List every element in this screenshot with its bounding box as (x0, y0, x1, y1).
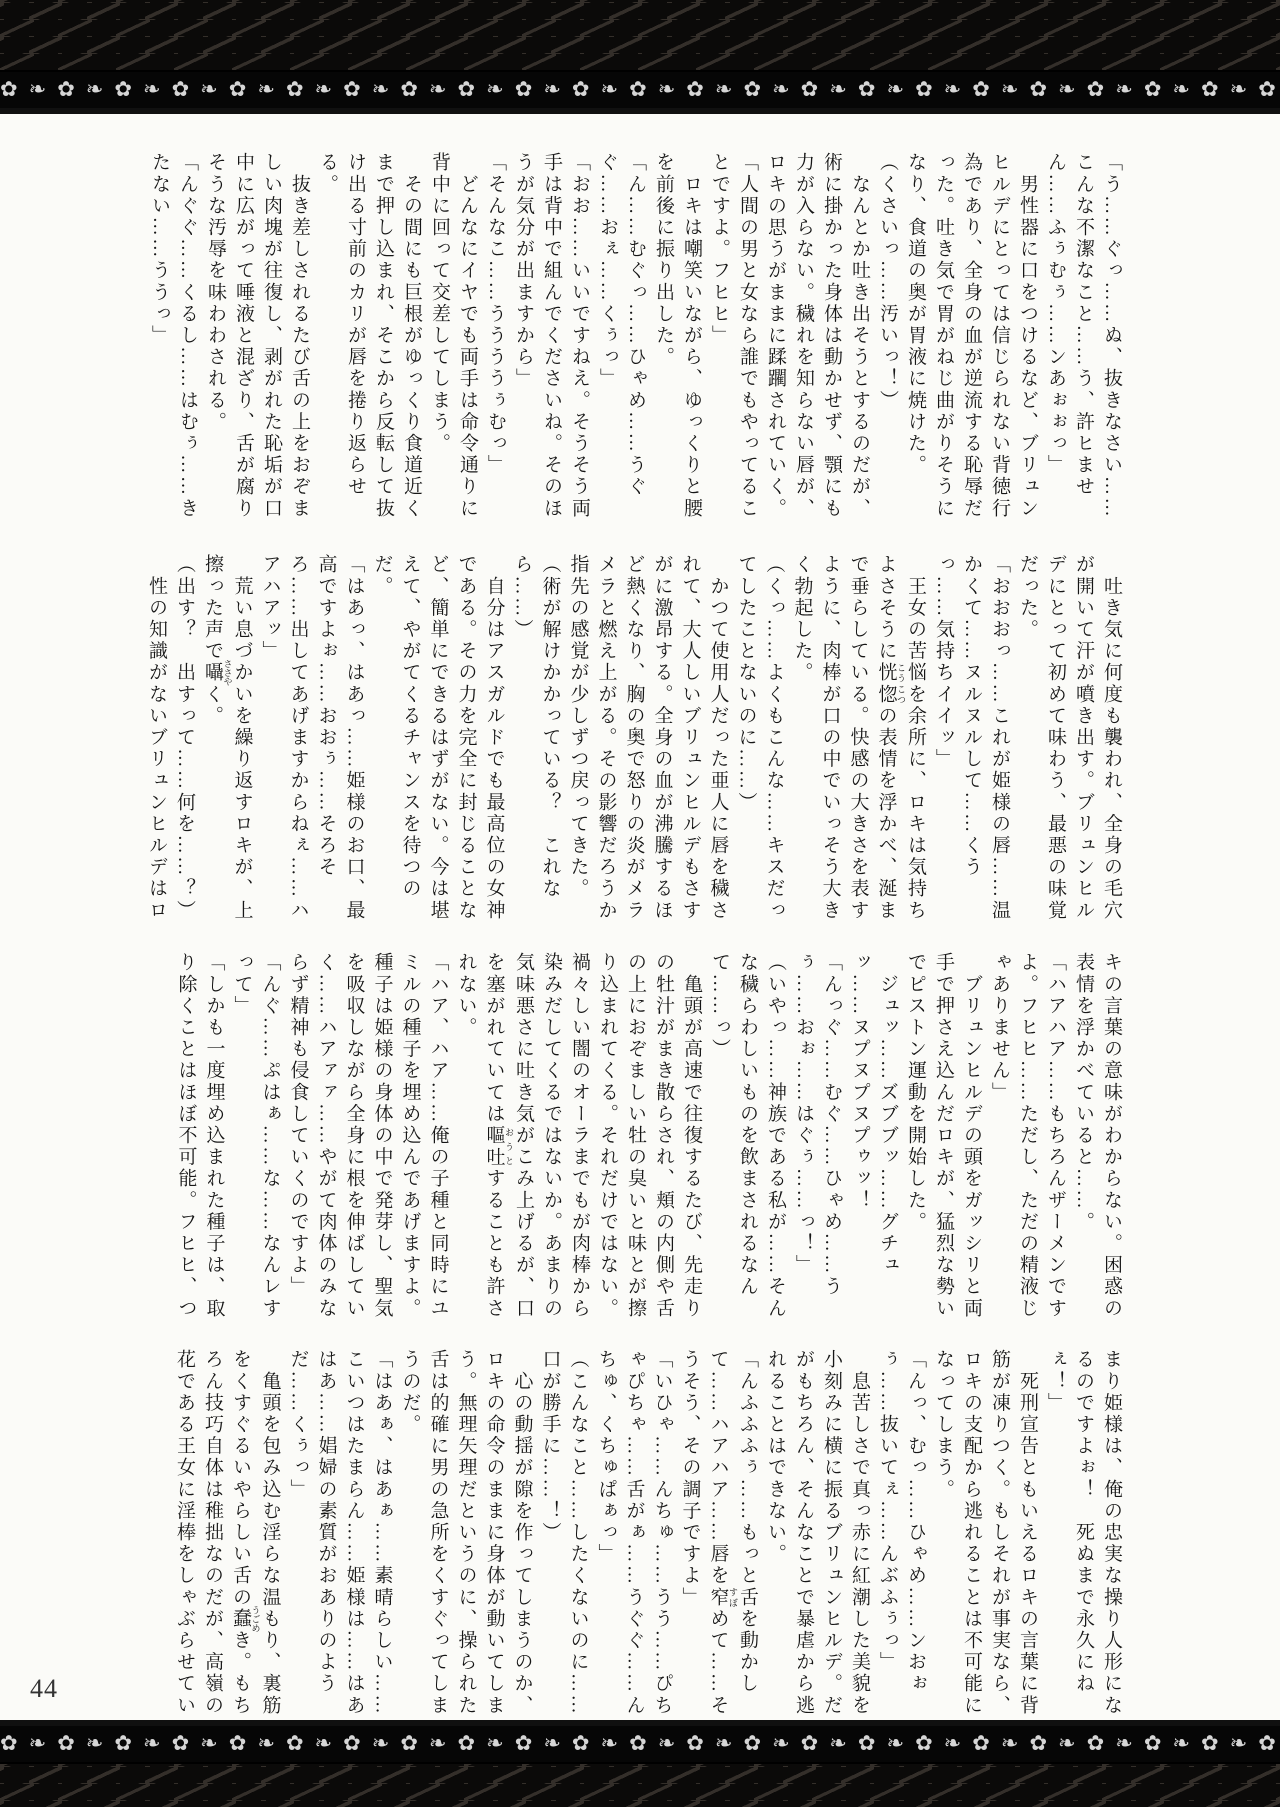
text-band-3: キの言葉の意味がわからない。困惑の表情を浮かべていると……。「ハアハア……もちろ… (145, 952, 1125, 1324)
paragraph: 荒い息づかいを繰り返すロキが、上擦った声で囁ささやく。 (198, 554, 256, 926)
paragraph: 心の動揺が隙を作ってしまうのか、ロキの命令のままに身体が動いてしまう。無理矢理だ… (396, 1349, 536, 1721)
paragraph: 「しかも一度埋め込まれた種子は、取り除くことはほぼ不可能。フヒヒ、つ (172, 952, 228, 1324)
paragraph: （くさいっ……汚いっ！） (873, 152, 901, 524)
paragraph: 「んっ、むっ……ひゃめ……ンおぉぅ……抜いてぇ……んぶふぅっ」 (873, 1349, 929, 1721)
brick-border-bottom (0, 1762, 1280, 1807)
text-band-1: 「う……ぐっ……ぬ、抜きなさい……こんな不潔なこと……う、許ヒません……ふぅむぅ… (145, 152, 1125, 524)
paragraph: 「はあっ、はあっ……姫様のお口、最高ですよぉ……おおぅ……そろそろ……出してあげ… (256, 554, 368, 926)
paragraph: 性の知識がないブリュンヒルデはロ (142, 554, 170, 926)
paragraph: 男性器に口をつけるなど、ブリュンヒルデにとっては信じられない背徳行為であり、全身… (901, 152, 1041, 524)
flower-ornament-icon: ✿❧✿❧✿❧✿❧✿❧✿❧✿❧✿❧✿❧✿❧✿❧✿❧✿❧✿❧✿❧✿❧✿❧✿❧✿❧✿❧… (0, 77, 1280, 101)
paragraph: 自分はアスガルドでも最高位の女神である。その力を完全に封じることなど、簡単にでき… (368, 554, 508, 926)
page-content-area: 「う……ぐっ……ぬ、抜きなさい……こんな不潔なこと……う、許ヒません……ふぅむぅ… (0, 114, 1280, 1720)
paragraph: まり姫様は、俺の忠実な操り人形になるのですよぉ！ 死ぬまで永久にねぇ！」 (1041, 1349, 1125, 1721)
paragraph: キの言葉の意味がわからない。困惑の表情を浮かべていると……。 (1069, 952, 1125, 1324)
book-page: ✿❧✿❧✿❧✿❧✿❧✿❧✿❧✿❧✿❧✿❧✿❧✿❧✿❧✿❧✿❧✿❧✿❧✿❧✿❧✿❧… (0, 0, 1280, 1807)
paragraph: なんとか吐き出そうとするのだが、術に掛かった身体は動かせず、顎にも力が入らない。… (761, 152, 873, 524)
paragraph: 「おおおっ……これが姫様の唇……温かくて……ヌルヌルして……くうっ……気持ちイイ… (929, 554, 1013, 926)
paragraph: その間にも巨根がゆっくり食道近くまで押し込まれ、そこから反転して抜け出る寸前のカ… (313, 152, 425, 524)
paragraph: 息苦しさで真っ赤に紅潮した美貌を小刻みに横に振るブリュンヒルデ。だがもちろん、そ… (761, 1349, 873, 1721)
paragraph: 「はあぁ、はあぁ……素晴らしい……こいつはたまらん……姫様は……はあはあ……娼婦… (284, 1349, 396, 1721)
paragraph: 亀頭が高速で往復するたび、先走りの牡汁がまき散らされ、頬の内側や舌の上におぞまし… (452, 952, 706, 1324)
paragraph: 「そんなこ……ううううぅむっ」 (481, 152, 509, 524)
paragraph: （くっ……よくもこんな……キスだってしたことないのに……） (732, 554, 788, 926)
paragraph: 「ハア、ハア……俺の子種と同時にユミルの種子を埋め込んであげますよ。種子は姫様の… (284, 952, 452, 1324)
paragraph: 王女の苦悩を余所に、ロキは気持ちよさそうに恍惚こうこつの表情を浮かべ、涎まで垂ら… (788, 554, 930, 926)
paragraph: 吐き気に何度も襲われ、全身の毛穴が開いて汗が噴き出す。ブリュンヒルデにとって初め… (1013, 554, 1125, 926)
paragraph: 「んふふふぅ……もっと舌を動かして……ハアハア……唇を窄すぼめて……そうそう、そ… (676, 1349, 762, 1721)
flower-ornament-icon: ✿❧✿❧✿❧✿❧✿❧✿❧✿❧✿❧✿❧✿❧✿❧✿❧✿❧✿❧✿❧✿❧✿❧✿❧✿❧✿❧… (0, 1731, 1280, 1755)
text-band-2: 吐き気に何度も襲われ、全身の毛穴が開いて汗が噴き出す。ブリュンヒルデにとって初め… (145, 554, 1125, 926)
paragraph: 「んっぐ……むぐ……ひゃめ……うぅ……おぉ……はぐぅ……っ！」 (789, 952, 845, 1324)
floral-border-top: ✿❧✿❧✿❧✿❧✿❧✿❧✿❧✿❧✿❧✿❧✿❧✿❧✿❧✿❧✿❧✿❧✿❧✿❧✿❧✿❧… (0, 72, 1280, 108)
paragraph: 「んぐぐ……くるし……はむぅ……きたない……ううっ」 (145, 152, 201, 524)
paragraph: （術が解けかかっている？ これなら……） (508, 554, 564, 926)
paragraph: 「いひゃ……んちゅ……うう……ぴちゃぴちゃ……舌がぁ……うぐぐ……んちゅ、くちゅ… (592, 1349, 676, 1721)
paragraph: どんなにイヤでも両手は命令通りに背中に回って交差してしまう。 (425, 152, 481, 524)
page-number: 44 (30, 1674, 58, 1704)
paragraph: 「おお……いいですねえ。そうそう両手は背中で組んでくださいね。そのほうが気分が出… (509, 152, 593, 524)
paragraph: （出す？ 出すって……何を……？） (170, 554, 198, 926)
paragraph: 「人間の男と女なら誰でもやってることですよ。フヒヒ」 (705, 152, 761, 524)
paragraph: 死刑宣告ともいえるロキの言葉に背筋が凍りつく。もしそれが事実なら、ロキの支配から… (929, 1349, 1041, 1721)
paragraph: ブリュンヒルデの頭をガッシリと両手で押さえ込んだロキが、猛烈な勢いでピストン運動… (901, 952, 985, 1324)
floral-border-bottom: ✿❧✿❧✿❧✿❧✿❧✿❧✿❧✿❧✿❧✿❧✿❧✿❧✿❧✿❧✿❧✿❧✿❧✿❧✿❧✿❧… (0, 1726, 1280, 1762)
paragraph: かつて使用人だった亜人に唇を穢されて、大人しいブリュンヒルデもさすがに激昂する。… (564, 554, 732, 926)
brick-border-top (0, 0, 1280, 72)
paragraph: 「ん……むぐっ……ひゃめ……うぐぐ……おぇ……くぅっ」 (593, 152, 649, 524)
paragraph: 「ハアハア……もちろんザーメンですよ。フヒヒ……ただし、ただの精液じゃありません… (985, 952, 1069, 1324)
paragraph: ロキは嘲笑いながら、ゆっくりと腰を前後に振り出した。 (649, 152, 705, 524)
paragraph: 抜き差しされるたび舌の上をおぞましい肉塊が往復し、剥がれた恥垢が口中に広がって唾… (201, 152, 313, 524)
paragraph: （こんなこと……したくないのに……口が勝手に……！） (536, 1349, 592, 1721)
paragraph: 「んぐ……ぷはぁ……な……なんレすって」 (228, 952, 284, 1324)
text-band-4: まり姫様は、俺の忠実な操り人形になるのですよぉ！ 死ぬまで永久にねぇ！」 死刑宣… (145, 1349, 1125, 1721)
paragraph: ジュッ……ズブブッ……グチュッ……ヌプヌプヌプゥッ！ (845, 952, 901, 1324)
paragraph: （いやっ……神族である私が……そんな穢らわしいものを飲まされるなんて……っ） (705, 952, 789, 1324)
paragraph: 亀頭を包み込む淫らな温もり、裏筋をくすぐるいやらしい舌の蠢うごめき。もちろん技巧… (170, 1349, 284, 1721)
paragraph: 「う……ぐっ……ぬ、抜きなさい……こんな不潔なこと……う、許ヒません……ふぅむぅ… (1041, 152, 1125, 524)
